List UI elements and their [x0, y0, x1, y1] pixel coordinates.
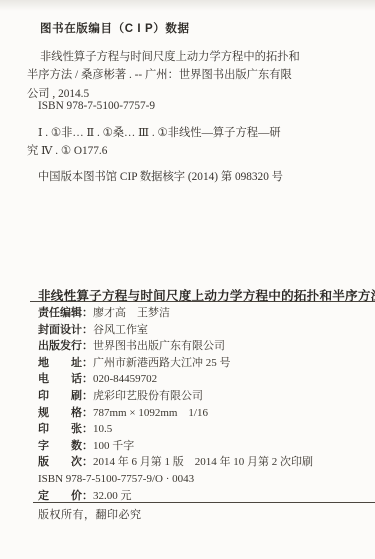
- row-label: 规 格：: [38, 407, 93, 419]
- title-rule: [30, 301, 375, 302]
- cip-isbn: ISBN 978-7-5100-7757-9: [38, 100, 155, 112]
- cip-paragraph-line-2: 半序方法 / 桑彦彬著 . -- 广州：世界图书出版广东有限: [27, 66, 363, 84]
- row-value: 世界图书出版广东有限公司: [93, 340, 225, 352]
- row-isbn-product: ISBN 978-7-5100-7757-9/O · 0043: [38, 471, 371, 488]
- row-value: 虎彩印艺股份有限公司: [93, 390, 203, 402]
- row-word-count: 字 数：100 千字: [38, 438, 371, 455]
- row-cover-design: 封面设计：谷风工作室: [38, 322, 371, 339]
- row-value: 100 千字: [93, 440, 134, 452]
- row-value: 10.5: [93, 423, 112, 435]
- row-printer: 印 刷：虎彩印艺股份有限公司: [38, 388, 371, 405]
- row-label: 定 价：: [38, 490, 93, 502]
- row-edition: 版 次：2014 年 6 月第 1 版 2014 年 10 月第 2 次印刷: [38, 454, 371, 471]
- row-label: 版 次：: [38, 456, 93, 468]
- cip-paragraph: 非线性算子方程与时间尺度上动力学方程中的拓扑和 半序方法 / 桑彦彬著 . --…: [27, 48, 363, 103]
- cip-paragraph-line-1: 非线性算子方程与时间尺度上动力学方程中的拓扑和: [27, 48, 363, 66]
- row-value: 787mm × 1092mm 1/16: [93, 407, 208, 419]
- cip-header: 图书在版编目（C I P）数据: [40, 20, 190, 36]
- row-phone: 电 话：020-84459702: [38, 371, 371, 388]
- row-sheets: 印 张：10.5: [38, 421, 371, 438]
- row-editor: 责任编辑：廖才高 王梦洁: [38, 305, 371, 322]
- row-value: 廖才高 王梦洁: [93, 307, 170, 319]
- price-rule: [33, 502, 375, 503]
- row-label: 字 数：: [38, 440, 93, 452]
- row-label: 出版发行：: [38, 340, 93, 352]
- row-label: 地 址：: [38, 357, 93, 369]
- cip-classification-line-1: Ⅰ . ①非… Ⅱ . ①桑… Ⅲ . ①非线性—算子方程—研: [27, 124, 363, 142]
- row-value: ISBN 978-7-5100-7757-9/O · 0043: [38, 473, 194, 485]
- cip-classification-line-2: 究 Ⅳ . ① O177.6: [27, 142, 363, 160]
- row-label: 印 张：: [38, 423, 93, 435]
- colophon-rows: 责任编辑：廖才高 王梦洁 封面设计：谷风工作室 出版发行：世界图书出版广东有限公…: [38, 305, 371, 504]
- row-label: 电 话：: [38, 373, 93, 385]
- row-value: 020-84459702: [93, 373, 157, 385]
- row-value: 32.00 元: [93, 490, 132, 502]
- cip-record-number: 中国版本图书馆 CIP 数据核字 (2014) 第 098320 号: [38, 168, 283, 184]
- row-label: 封面设计：: [38, 324, 93, 336]
- row-format: 规 格：787mm × 1092mm 1/16: [38, 405, 371, 422]
- row-value: 2014 年 6 月第 1 版 2014 年 10 月第 2 次印刷: [93, 456, 313, 468]
- cip-classification: Ⅰ . ①非… Ⅱ . ①桑… Ⅲ . ①非线性—算子方程—研 究 Ⅳ . ① …: [27, 124, 363, 161]
- row-value: 谷风工作室: [93, 324, 148, 336]
- row-publisher: 出版发行：世界图书出版广东有限公司: [38, 338, 371, 355]
- row-label: 印 刷：: [38, 390, 93, 402]
- scan-edge: [0, 0, 375, 11]
- copyright-notice: 版权所有，翻印必究: [38, 506, 142, 522]
- row-value: 广州市新港西路大江冲 25 号: [93, 357, 231, 369]
- row-label: 责任编辑：: [38, 307, 93, 319]
- copyright-page: 图书在版编目（C I P）数据 非线性算子方程与时间尺度上动力学方程中的拓扑和 …: [0, 0, 375, 559]
- row-address: 地 址：广州市新港西路大江冲 25 号: [38, 355, 371, 372]
